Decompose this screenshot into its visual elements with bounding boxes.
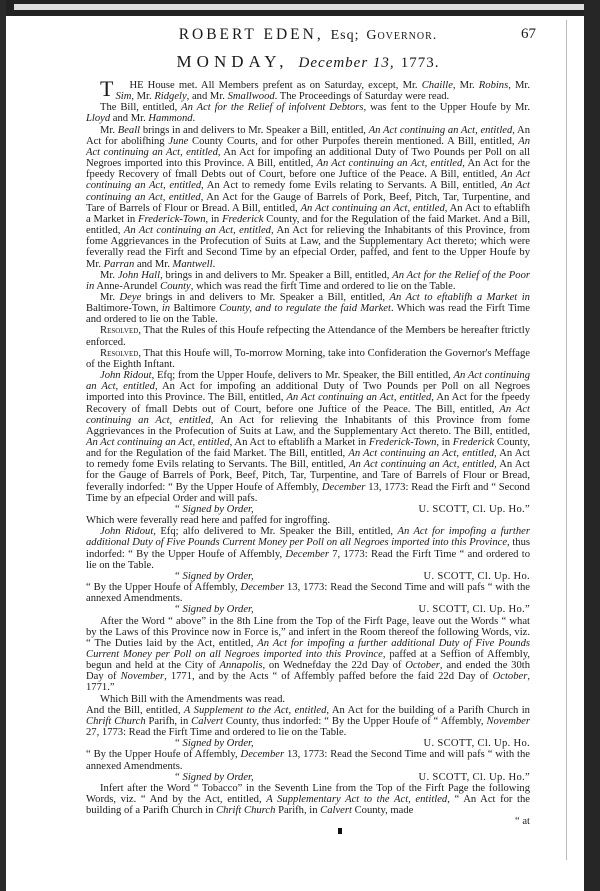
italic-run: An Act continuing an Act, entitled	[286, 392, 431, 403]
paragraph-group-1: THE House met. All Members prefent as on…	[86, 80, 530, 504]
text-run: , was fent to the Upper Houfe by Mr.	[364, 102, 530, 113]
text-run: County, thus indorfed: “ By the Upper Ho…	[223, 716, 487, 727]
scan-border-left	[0, 0, 6, 891]
text-run: County, made	[352, 805, 413, 816]
text-run: Mr.	[100, 125, 118, 136]
text-run: brings in and delivers to Mr. Speaker a …	[140, 125, 369, 136]
page-gutter-line	[566, 20, 567, 860]
text-run: And the Bill, entitled,	[86, 705, 184, 716]
text-run: Which Bill with the Amendments was read.	[100, 694, 285, 705]
text-run: Parifh, in	[146, 716, 192, 727]
paragraph: Which were feverally read here and paffe…	[86, 515, 530, 526]
small-caps-run: Resolved	[100, 325, 138, 336]
running-title: ROBERT EDEN,	[179, 26, 324, 43]
italic-run: Calvert	[191, 716, 223, 727]
catchword: “ at	[86, 816, 530, 827]
italic-run: John Hall	[118, 270, 160, 281]
text-run: , Mr.	[508, 80, 530, 91]
text-run: “ By the Upper Houfe of Affembly,	[86, 749, 241, 760]
signature-line: “ Signed by Order, U. SCOTT, Cl. Up. Ho.	[86, 738, 530, 749]
italic-run: November	[121, 671, 165, 682]
indorsement-quote: “ By the Upper Houfe of Affembly, Decemb…	[86, 582, 530, 604]
small-caps-run: Resolved	[100, 348, 138, 359]
italic-run: A Supplement to the Act, entitled	[184, 705, 326, 716]
italic-run: John Ridout	[100, 526, 153, 537]
italic-run: Frederick-Town	[369, 437, 436, 448]
clerk-signature: U. SCOTT, Cl. Up. Ho.”	[419, 604, 530, 615]
text-run: Baltimore-Town,	[86, 303, 162, 314]
paragraph: Mr. John Hall, brings in and delivers to…	[86, 270, 530, 292]
italic-run: December	[241, 749, 285, 760]
text-run: Which were feverally read here and paffe…	[86, 515, 330, 526]
signature-line: “ Signed by Order, U. SCOTT, Cl. Up. Ho.	[86, 571, 530, 582]
italic-run: Parran	[104, 259, 135, 270]
text-run: The Bill, entitled,	[100, 102, 181, 113]
italic-run: Sim	[115, 91, 131, 102]
text-run: , Efq; from the Upper Houfe, delivers to…	[152, 370, 454, 381]
text-run: and Mr.	[134, 259, 172, 270]
text-run: , brings in and delivers to Mr. Speaker …	[160, 270, 392, 281]
body-text: THE House met. All Members prefent as on…	[86, 80, 530, 827]
text-run: .	[193, 113, 196, 124]
text-run: , Efq; alfo delivered to Mr. Speaker the…	[153, 526, 397, 537]
text-run: , An Act for the building of a Parifh Ch…	[326, 705, 530, 716]
italic-run: County, and to regulate the faid Market	[219, 303, 391, 314]
clerk-signature: U. SCOTT, Cl. Up. Ho.”	[419, 504, 530, 515]
text-run: Anne-Arundel	[94, 281, 160, 292]
italic-run: Lloyd	[86, 113, 110, 124]
italic-run: Chrift Church	[216, 805, 275, 816]
document-page: ROBERT EDEN, Esq; Governor. 67 MONDAY,De…	[86, 26, 530, 827]
running-head: ROBERT EDEN, Esq; Governor. 67	[86, 26, 530, 48]
title-suffix: Esq;	[331, 28, 360, 43]
italic-run: in	[162, 303, 170, 314]
italic-run: Frederick-Town	[138, 214, 205, 225]
paragraph-group-4: Infert after the Word “ Tobacco” in the …	[86, 783, 530, 816]
text-run: , 1771, and by the Acts “ of Affembly pa…	[164, 671, 493, 682]
italic-run: October	[493, 671, 528, 682]
text-run: Mr.	[100, 270, 118, 281]
signed-by-order: “ Signed by Order,	[174, 604, 254, 615]
italic-run: June	[168, 136, 188, 147]
text-run: , on Wednefday the 22d Day of	[262, 660, 405, 671]
signed-by-order: “ Signed by Order,	[174, 772, 254, 783]
scan-border-strip	[14, 4, 586, 10]
italic-run: An Act continuing an Act, entitled	[124, 225, 271, 236]
text-run: Baltimore	[170, 303, 219, 314]
italic-run: Beall	[118, 125, 140, 136]
italic-run: County	[160, 281, 191, 292]
text-run: Parifh, in	[275, 805, 320, 816]
italic-run: An Act continuing an Act, entitled	[349, 459, 494, 470]
clerk-signature: U. SCOTT, Cl. Up. Ho.”	[419, 772, 530, 783]
italic-run: An Act to eftablifh a Market in	[390, 292, 530, 303]
paragraph: Mr. Deye brings in and delivers to Mr. S…	[86, 292, 530, 325]
italic-run: A Supplementary Act to the Act, entitled	[266, 794, 447, 805]
italic-run: An Act for the Relief of infolvent Debto…	[181, 102, 363, 113]
paragraph: John Ridout, Efq; from the Upper Houfe, …	[86, 370, 530, 504]
italic-run: Ridgely	[154, 91, 186, 102]
clerk-signature: U. SCOTT, Cl. Up. Ho.	[424, 571, 530, 582]
signature-line: “ Signed by Order, U. SCOTT, Cl. Up. Ho.…	[86, 772, 530, 783]
text-run: , Mr.	[453, 80, 479, 91]
text-run: , That this Houfe will, To-morrow Mornin…	[86, 348, 530, 370]
signed-by-order: “ Signed by Order,	[174, 738, 254, 749]
italic-run: Robins	[479, 80, 508, 91]
paragraph: The Bill, entitled, An Act for the Relie…	[86, 102, 530, 124]
scan-border-right	[584, 0, 600, 891]
paragraph: After the Word “ above” in the 8th Line …	[86, 616, 530, 694]
text-run: Mr.	[100, 292, 120, 303]
italic-run: Deye	[120, 292, 142, 303]
day-name: MONDAY,	[177, 52, 289, 71]
paragraph: Resolved, That the Rules of this Houfe r…	[86, 325, 530, 347]
italic-run: Chaille	[422, 80, 453, 91]
date-text: December 13,	[299, 55, 395, 71]
year-text: 1773.	[401, 55, 440, 71]
signature-line: “ Signed by Order, U. SCOTT, Cl. Up. Ho.…	[86, 504, 530, 515]
text-run: , in	[206, 214, 223, 225]
text-run: and Mr.	[110, 113, 148, 124]
text-run: , An Act to remedy fome Evils relating t…	[201, 180, 501, 191]
italic-run: Hammond	[148, 113, 192, 124]
italic-run: An Act continuing an Act, entitled	[369, 125, 513, 136]
italic-run: An Act continuing an Act, entitled	[86, 437, 230, 448]
indorsement-quote: “ By the Upper Houfe of Affembly, Decemb…	[86, 749, 530, 771]
paragraph: And the Bill, entitled, A Supplement to …	[86, 705, 530, 738]
italic-run: Frederick	[222, 214, 263, 225]
text-run: County Courts, and for other Purpofes th…	[188, 136, 518, 147]
paragraph: John Ridout, Efq; alfo delivered to Mr. …	[86, 526, 530, 571]
text-run: , which was read the firft Time and orde…	[191, 281, 456, 292]
text-run: , and Mr.	[187, 91, 228, 102]
text-run: . The Proceedings of Saturday were read.	[275, 91, 450, 102]
text-run: “ By the Upper Houfe of Affembly,	[86, 582, 241, 593]
italic-run: December	[285, 549, 329, 560]
scan-border-top	[0, 0, 600, 16]
text-run: , That the Rules of this Houfe refpectin…	[86, 325, 530, 347]
italic-run: Frederick	[453, 437, 494, 448]
clerk-signature: U. SCOTT, Cl. Up. Ho.	[424, 738, 530, 749]
paragraph: Infert after the Word “ Tobacco” in the …	[86, 783, 530, 816]
italic-run: December	[322, 482, 366, 493]
signed-by-order: “ Signed by Order,	[174, 504, 254, 515]
text-run: brings in and delivers to Mr. Speaker a …	[141, 292, 389, 303]
date-heading: MONDAY,December 13,1773.	[86, 52, 530, 78]
italic-run: December	[241, 582, 285, 593]
signed-by-order: “ Signed by Order,	[174, 571, 254, 582]
text-run: , Mr.	[131, 91, 154, 102]
italic-run: Mantwell	[173, 259, 213, 270]
italic-run: John Ridout	[100, 370, 152, 381]
paragraph: Resolved, That this Houfe will, To-morro…	[86, 348, 530, 370]
italic-run: Chrift Church	[86, 716, 146, 727]
paragraph-group-3: After the Word “ above” in the 8th Line …	[86, 616, 530, 739]
italic-run: November	[486, 716, 530, 727]
text-run: 27, 1773: Read the Firft Time and ordere…	[86, 727, 346, 738]
paragraph-group-2: Which were feverally read here and paffe…	[86, 515, 530, 571]
text-run: THE House met. All Members prefent as on…	[129, 80, 421, 91]
paragraph: Mr. Beall brings in and delivers to Mr. …	[86, 125, 530, 270]
italic-run: Calvert	[320, 805, 352, 816]
italic-run: An Act continuing an Act, entitled	[316, 158, 462, 169]
signature-line: “ Signed by Order, U. SCOTT, Cl. Up. Ho.…	[86, 604, 530, 615]
text-run: .	[213, 259, 216, 270]
italic-run: October	[405, 660, 440, 671]
paragraph: THE House met. All Members prefent as on…	[86, 80, 530, 102]
title-role: Governor.	[366, 28, 437, 43]
text-run: , in	[436, 437, 452, 448]
italic-run: An Act continuing an Act, entitled	[348, 448, 494, 459]
paragraph: Which Bill with the Amendments was read.	[86, 694, 530, 705]
italic-run: Annapolis	[219, 660, 262, 671]
italic-run: Smallwood	[228, 91, 275, 102]
ink-blot	[338, 828, 342, 834]
italic-run: An Act continuing an Act, entitled	[301, 203, 445, 214]
text-run: , An Act to eftablifh a Market in	[230, 437, 369, 448]
page-number: 67	[521, 26, 536, 43]
